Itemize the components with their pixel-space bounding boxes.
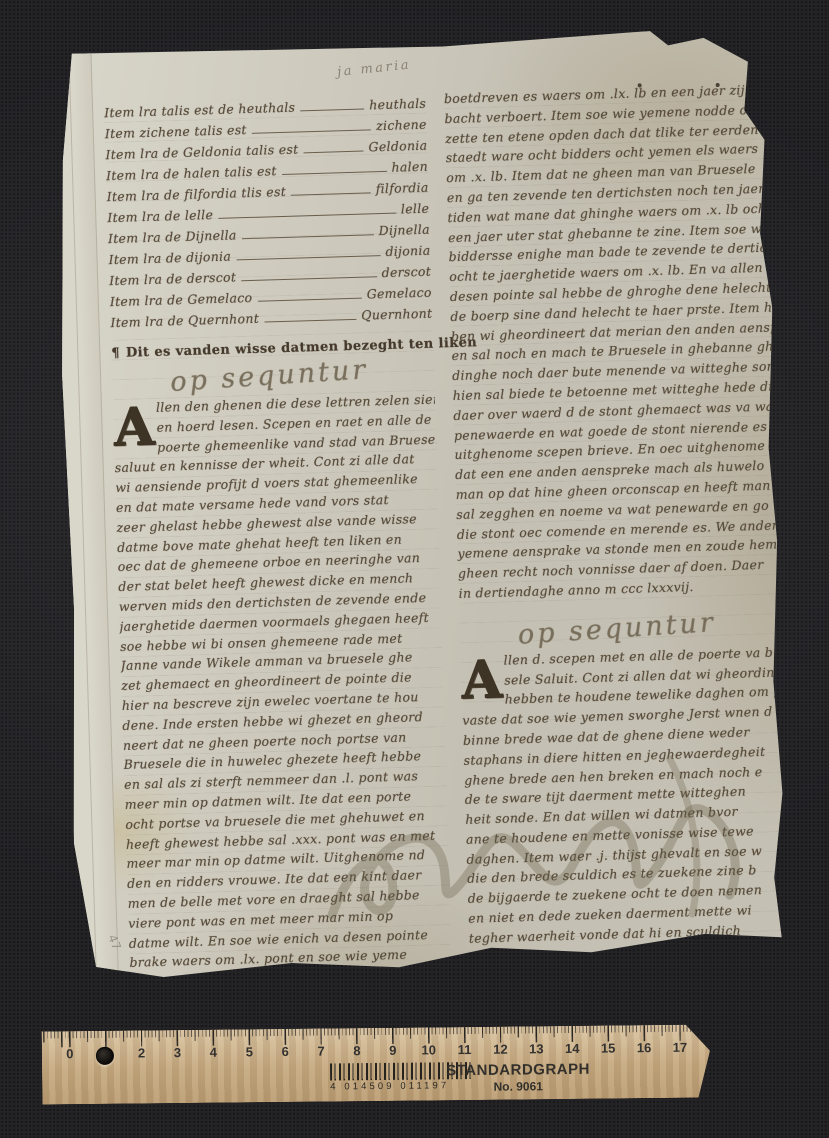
list-item-text: Item lra de Gemelaco [110, 288, 253, 312]
manuscript-line: 3 [159, 1045, 195, 1061]
manuscript-line: 13 [518, 1041, 554, 1057]
top-margin-inscription: ja maria [336, 58, 411, 80]
manuscript-line: 8 [339, 1043, 375, 1059]
manuscript-line: 4 [195, 1045, 231, 1061]
manuscript-line: 6 [267, 1044, 303, 1060]
list-item-name: zichene [376, 115, 427, 136]
decorated-initial: A [113, 401, 151, 456]
list-item-name: Quernhont [361, 304, 433, 326]
decorated-initial: A [460, 654, 498, 709]
manuscript-line: 5 [231, 1044, 267, 1060]
pilcrow-mark: ¶ [111, 346, 120, 361]
manuscript-line: 17 [662, 1040, 698, 1056]
list-item-name: heuthals [369, 94, 426, 115]
ruler-model-number: No. 9061 [438, 1079, 598, 1095]
list-item-name: halen [391, 157, 428, 178]
list-item-text: Item lra de Quernhont [110, 309, 259, 333]
manuscript-line: 2 [124, 1045, 160, 1061]
list-leader-line [304, 151, 364, 154]
list-leader-line [282, 171, 387, 175]
list-item-name: Gemelaco [366, 283, 432, 305]
photo-background: ja maria WEESKAMER 17 (Janboti 1580) 47 … [0, 0, 829, 1138]
list-leader-line [236, 255, 380, 260]
list-item-name: derscot [381, 262, 431, 283]
ruler-hang-hole [96, 1047, 114, 1065]
manuscript-line: 0 [52, 1046, 88, 1062]
list-item-text: Item lra de derscot [109, 267, 237, 291]
list-leader-line [257, 298, 361, 302]
list-leader-line [300, 109, 364, 112]
list-leader-line [241, 276, 377, 281]
manuscript-line: 15 [590, 1040, 626, 1056]
right-text-column: boetdreven es waers om .lx. lb en een ja… [444, 80, 793, 988]
list-item-text: Item lra de Dijnella [108, 225, 237, 249]
list-item-name: lelle [401, 199, 430, 220]
list-item-text: Item lra de dijonia [108, 247, 231, 270]
ruler: 01234567891011121314151617 4 014509 0111… [42, 1025, 711, 1105]
list-leader-line [242, 234, 374, 239]
list-item-text: Item lra de lelle [107, 205, 213, 228]
list-item-name: Geldonia [368, 136, 427, 158]
ruler-brand: STANDARDGRAPH [438, 1062, 598, 1080]
manuscript-line: doen te Rutsomge [470, 959, 792, 988]
manuscript-page: ja maria WEESKAMER 17 (Janboti 1580) 47 … [50, 28, 791, 983]
manuscript-line: 16 [626, 1040, 662, 1056]
list-leader-line [252, 129, 371, 134]
manuscript-line: 9 [375, 1043, 411, 1059]
archival-shelfmark-note: WEESKAMER 17 (Janboti 1580) [11, 450, 75, 743]
list-leader-line [264, 319, 356, 323]
list-leader-line [291, 192, 371, 195]
town-letters-list: Item lra talis est de heuthalsheuthalsIt… [104, 94, 433, 334]
list-item-name: Dijnella [378, 220, 430, 241]
list-leader-line [218, 213, 396, 219]
manuscript-line: 12 [482, 1042, 518, 1058]
list-item-text: Item zichene talis est [105, 120, 247, 144]
manuscript-line: 10 [411, 1042, 447, 1058]
manuscript-line: 14 [554, 1041, 590, 1057]
charter-text-block: A llen d. scepen met en alle de poerte v… [460, 642, 792, 988]
list-item-name: dijonia [385, 241, 431, 262]
list-item-name: filfordia [375, 178, 428, 199]
left-text-column: Item lra talis est de heuthalsheuthalsIt… [104, 94, 452, 973]
manuscript-line: 11 [447, 1042, 483, 1058]
manuscript-line: 7 [303, 1043, 339, 1059]
charter-text-block: A llen den ghenen die dese lettren zelen… [113, 390, 452, 973]
